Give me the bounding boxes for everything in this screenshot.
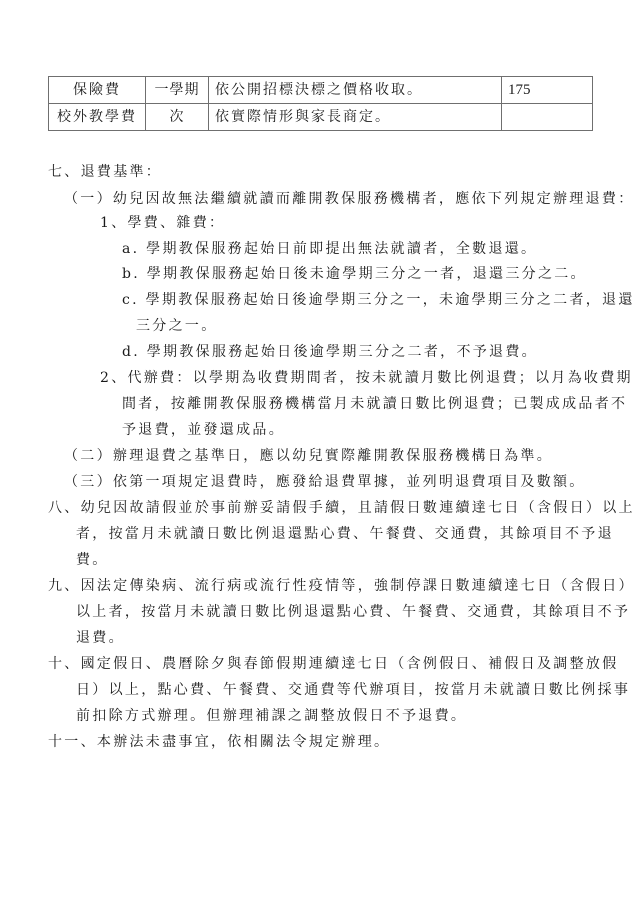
section-heading: 八、幼兒因故請假並於事前辦妥請假手續，且請假日數連續達七日（含假日）以上	[48, 498, 635, 518]
section-heading: 九、因法定傳染病、流行病或流行性疫情等，強制停課日數連續達七日（含假日）	[48, 576, 635, 596]
list-item: d. 學期教保服務起始日後逾學期三分之二者，不予退費。	[122, 342, 538, 362]
table-row: 校外教學費 次 依實際情形與家長商定。	[49, 104, 593, 131]
fee-table: 保險費 一學期 依公開招標決標之價格收取。 175 校外教學費 次 依實際情形與…	[48, 76, 593, 131]
paragraph-cont: 間者，按離開教保服務機構當月未就讀日數比例退費；已製成成品者不	[122, 394, 627, 414]
paragraph: （一）幼兒因故無法繼續就讀而離開教保服務機構者，應依下列規定辦理退費：	[64, 189, 635, 209]
paragraph-cont: 以上者，按當月未就讀日數比例退還點心費、午餐費、交通費，其餘項目不予	[76, 602, 630, 622]
paragraph-cont: 日）以上，點心費、午餐費、交通費等代辦項目，按當月未就讀日數比例採事	[76, 680, 630, 700]
paragraph: 2、代辦費：以學期為收費期間者，按未就讀月數比例退費；以月為收費期	[100, 368, 633, 388]
fee-amount-cell	[502, 104, 593, 131]
fee-note-cell: 依實際情形與家長商定。	[209, 104, 502, 131]
paragraph-cont: 前扣除方式辦理。但辦理補課之調整放假日不予退費。	[76, 706, 467, 726]
list-item-cont: 三分之一。	[136, 316, 218, 336]
list-item: a. 學期教保服務起始日前即提出無法就讀者，全數退還。	[122, 239, 537, 259]
section-heading: 十、國定假日、農曆除夕與春節假期連續達七日（含例假日、補假日及調整放假	[48, 654, 619, 674]
fee-item-cell: 保險費	[49, 77, 146, 104]
fee-item-cell: 校外教學費	[49, 104, 146, 131]
table-row: 保險費 一學期 依公開招標決標之價格收取。 175	[49, 77, 593, 104]
list-item: b. 學期教保服務起始日後未逾學期三分之一者，退還三分之二。	[122, 264, 587, 284]
paragraph-cont: 退費。	[76, 628, 125, 648]
section-heading: 十一、本辦法未盡事宜，依相關法令規定辦理。	[48, 732, 390, 752]
paragraph: （二）辦理退費之基準日，應以幼兒實際離開教保服務機構日為準。	[64, 446, 553, 466]
paragraph: 1、學費、雜費：	[100, 213, 225, 233]
fee-period-cell: 一學期	[146, 77, 209, 104]
list-item: c. 學期教保服務起始日後逾學期三分之一，未逾學期三分之二者，退還	[122, 290, 635, 310]
paragraph-cont: 予退費，並發還成品。	[122, 420, 285, 440]
paragraph-cont: 者，按當月未就讀日數比例退還點心費、午餐費、交通費，其餘項目不予退	[76, 524, 614, 544]
section-heading: 七、退費基準：	[48, 162, 162, 182]
paragraph: （三）依第一項規定退費時，應發給退費單據，並列明退費項目及數額。	[64, 472, 586, 492]
paragraph-cont: 費。	[76, 550, 109, 570]
fee-period-cell: 次	[146, 104, 209, 131]
fee-note-cell: 依公開招標決標之價格收取。	[209, 77, 502, 104]
fee-amount-cell: 175	[502, 77, 593, 104]
